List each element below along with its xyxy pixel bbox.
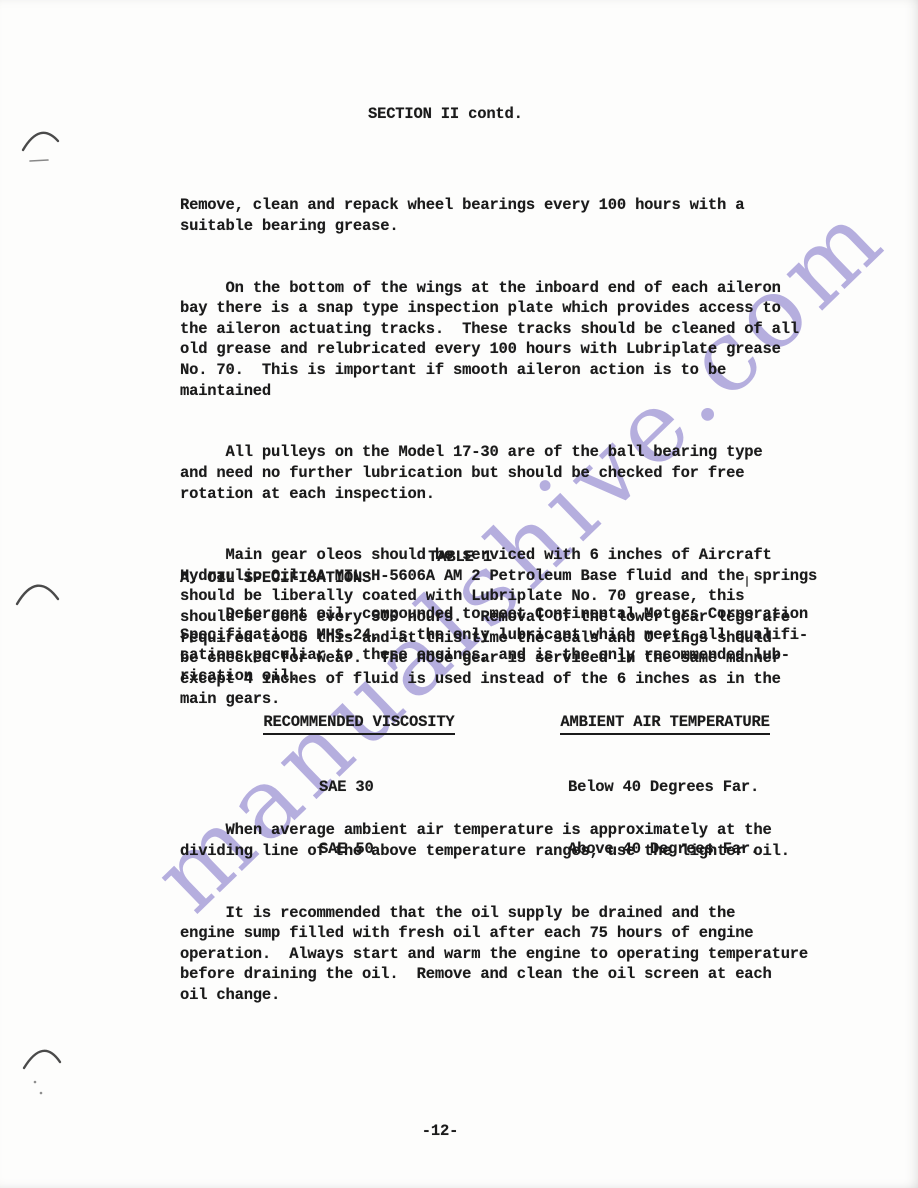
section-header: SECTION II contd. [368, 104, 523, 125]
temperature-column-header-label: AMBIENT AIR TEMPERATURE [560, 713, 769, 735]
paragraph: On the bottom of the wings at the inboar… [180, 278, 870, 402]
document-page: manualshive.com SECTION II contd. Remove… [0, 0, 918, 1188]
margin-arc-mark [24, 1051, 60, 1068]
table-title: TABLE 1 [180, 547, 740, 568]
margin-dash-mark [30, 160, 48, 161]
paragraph: All pulleys on the Model 17-30 are of th… [180, 442, 870, 504]
speck-mark [34, 1081, 37, 1084]
margin-arc-mark [17, 586, 58, 604]
margin-arc-mark [23, 133, 58, 150]
speck-mark [40, 1092, 43, 1095]
oil-specifications-heading: A. OIL SPECIFICATIONS [180, 568, 371, 589]
viscosity-column-header-label: RECOMMENDED VISCOSITY [263, 713, 454, 735]
paragraph: Remove, clean and repack wheel bearings … [180, 195, 870, 236]
oil-specifications-intro: Detergent oil, compounded to meet Contin… [180, 604, 870, 686]
page-number: -12- [180, 1121, 700, 1142]
notes-text: When average ambient air temperature is … [180, 779, 880, 1047]
paragraph: When average ambient air temperature is … [180, 820, 880, 861]
paragraph: It is recommended that the oil supply be… [180, 903, 880, 1006]
